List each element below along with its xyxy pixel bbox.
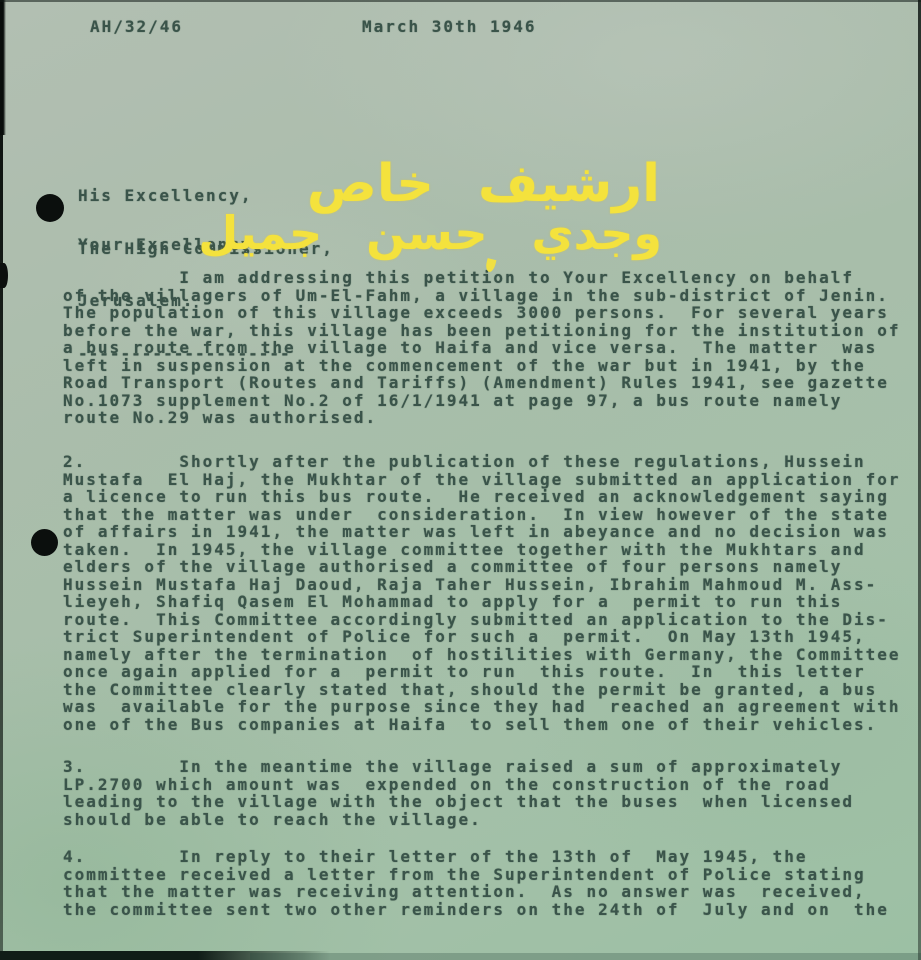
document-line: once again applied for a permit to run t… (63, 663, 901, 681)
document-line: elders of the village authorised a commi… (63, 558, 901, 576)
document-line: lieyeh, Shafiq Qasem El Mohammad to appl… (63, 593, 901, 611)
document-line: The population of this village exceeds 3… (63, 304, 901, 322)
paragraph-2: 2. Shortly after the publication of thes… (63, 453, 901, 733)
document-line: leading to the village with the object t… (63, 793, 854, 811)
document-line: 3. In the meantime the village raised a … (63, 758, 854, 776)
document-line: committee received a letter from the Sup… (63, 866, 889, 884)
document-line: one of the Bus companies at Haifa to sel… (63, 716, 901, 734)
scan-edge-left-notch (0, 263, 8, 288)
hole-punch-top (36, 194, 64, 222)
document-line: Mustafa El Haj, the Mukhtar of the villa… (63, 471, 901, 489)
document-line: Road Transport (Routes and Tariffs) (Ame… (63, 374, 901, 392)
document-line: should be able to reach the village. (63, 811, 854, 829)
document-line: left in suspension at the commencement o… (63, 357, 901, 375)
document-line (63, 828, 854, 846)
watermark-line-2: وجدي حسن جميل (198, 210, 662, 256)
document-line: LP.2700 which amount was expended on the… (63, 776, 854, 794)
document-line: of the villagers of Um-El-Fahm, a villag… (63, 287, 901, 305)
paragraph-3: 3. In the meantime the village raised a … (63, 758, 854, 846)
letter-content: AH/32/46 March 30th 1946 His Excellency,… (0, 0, 921, 960)
document-line: of affairs in 1941, the matter was left … (63, 523, 901, 541)
document-line: before the war, this village has been pe… (63, 322, 901, 340)
paragraph-1: I am addressing this petition to Your Ex… (63, 269, 901, 427)
document-line: that the matter was receiving attention.… (63, 883, 889, 901)
document-line: namely after the termination of hostilit… (63, 646, 901, 664)
document-line: a bus route from the village to Haifa an… (63, 339, 901, 357)
document-line: taken. In 1945, the village committee to… (63, 541, 901, 559)
letter-date: March 30th 1946 (362, 18, 537, 36)
scan-edge-left (0, 0, 3, 960)
document-line: 2. Shortly after the publication of thes… (63, 453, 901, 471)
document-line: trict Superintendent of Police for such … (63, 628, 901, 646)
document-line: No.1073 supplement No.2 of 16/1/1941 at … (63, 392, 901, 410)
document-line: was available for the purpose since they… (63, 698, 901, 716)
scan-edge-top (0, 0, 921, 2)
watermark-line-1: ارشيف خاص (307, 158, 660, 210)
hole-punch-bottom (31, 529, 58, 556)
document-line: Hussein Mustafa Haj Daoud, Raja Taher Hu… (63, 576, 901, 594)
document-line: route No.29 was authorised. (63, 409, 901, 427)
scan-edge-bottom (250, 953, 921, 960)
document-line: route. This Committee accordingly submit… (63, 611, 901, 629)
scan-edge-left-top (0, 0, 6, 135)
document-line: I am addressing this petition to Your Ex… (63, 269, 901, 287)
file-reference: AH/32/46 (90, 18, 183, 36)
document-line: 4. In reply to their letter of the 13th … (63, 848, 889, 866)
paragraph-4: 4. In reply to their letter of the 13th … (63, 848, 889, 918)
document-line: that the matter was under consideration.… (63, 506, 901, 524)
document-line: a licence to run this bus route. He rece… (63, 488, 901, 506)
document-line: the Committee clearly stated that, shoul… (63, 681, 901, 699)
scanned-letter-page: { "colors": { "paper": "#a7bfa9", "ink":… (0, 0, 921, 960)
document-line: the committee sent two other reminders o… (63, 901, 889, 919)
address-line-recipient: His Excellency, (78, 187, 334, 205)
